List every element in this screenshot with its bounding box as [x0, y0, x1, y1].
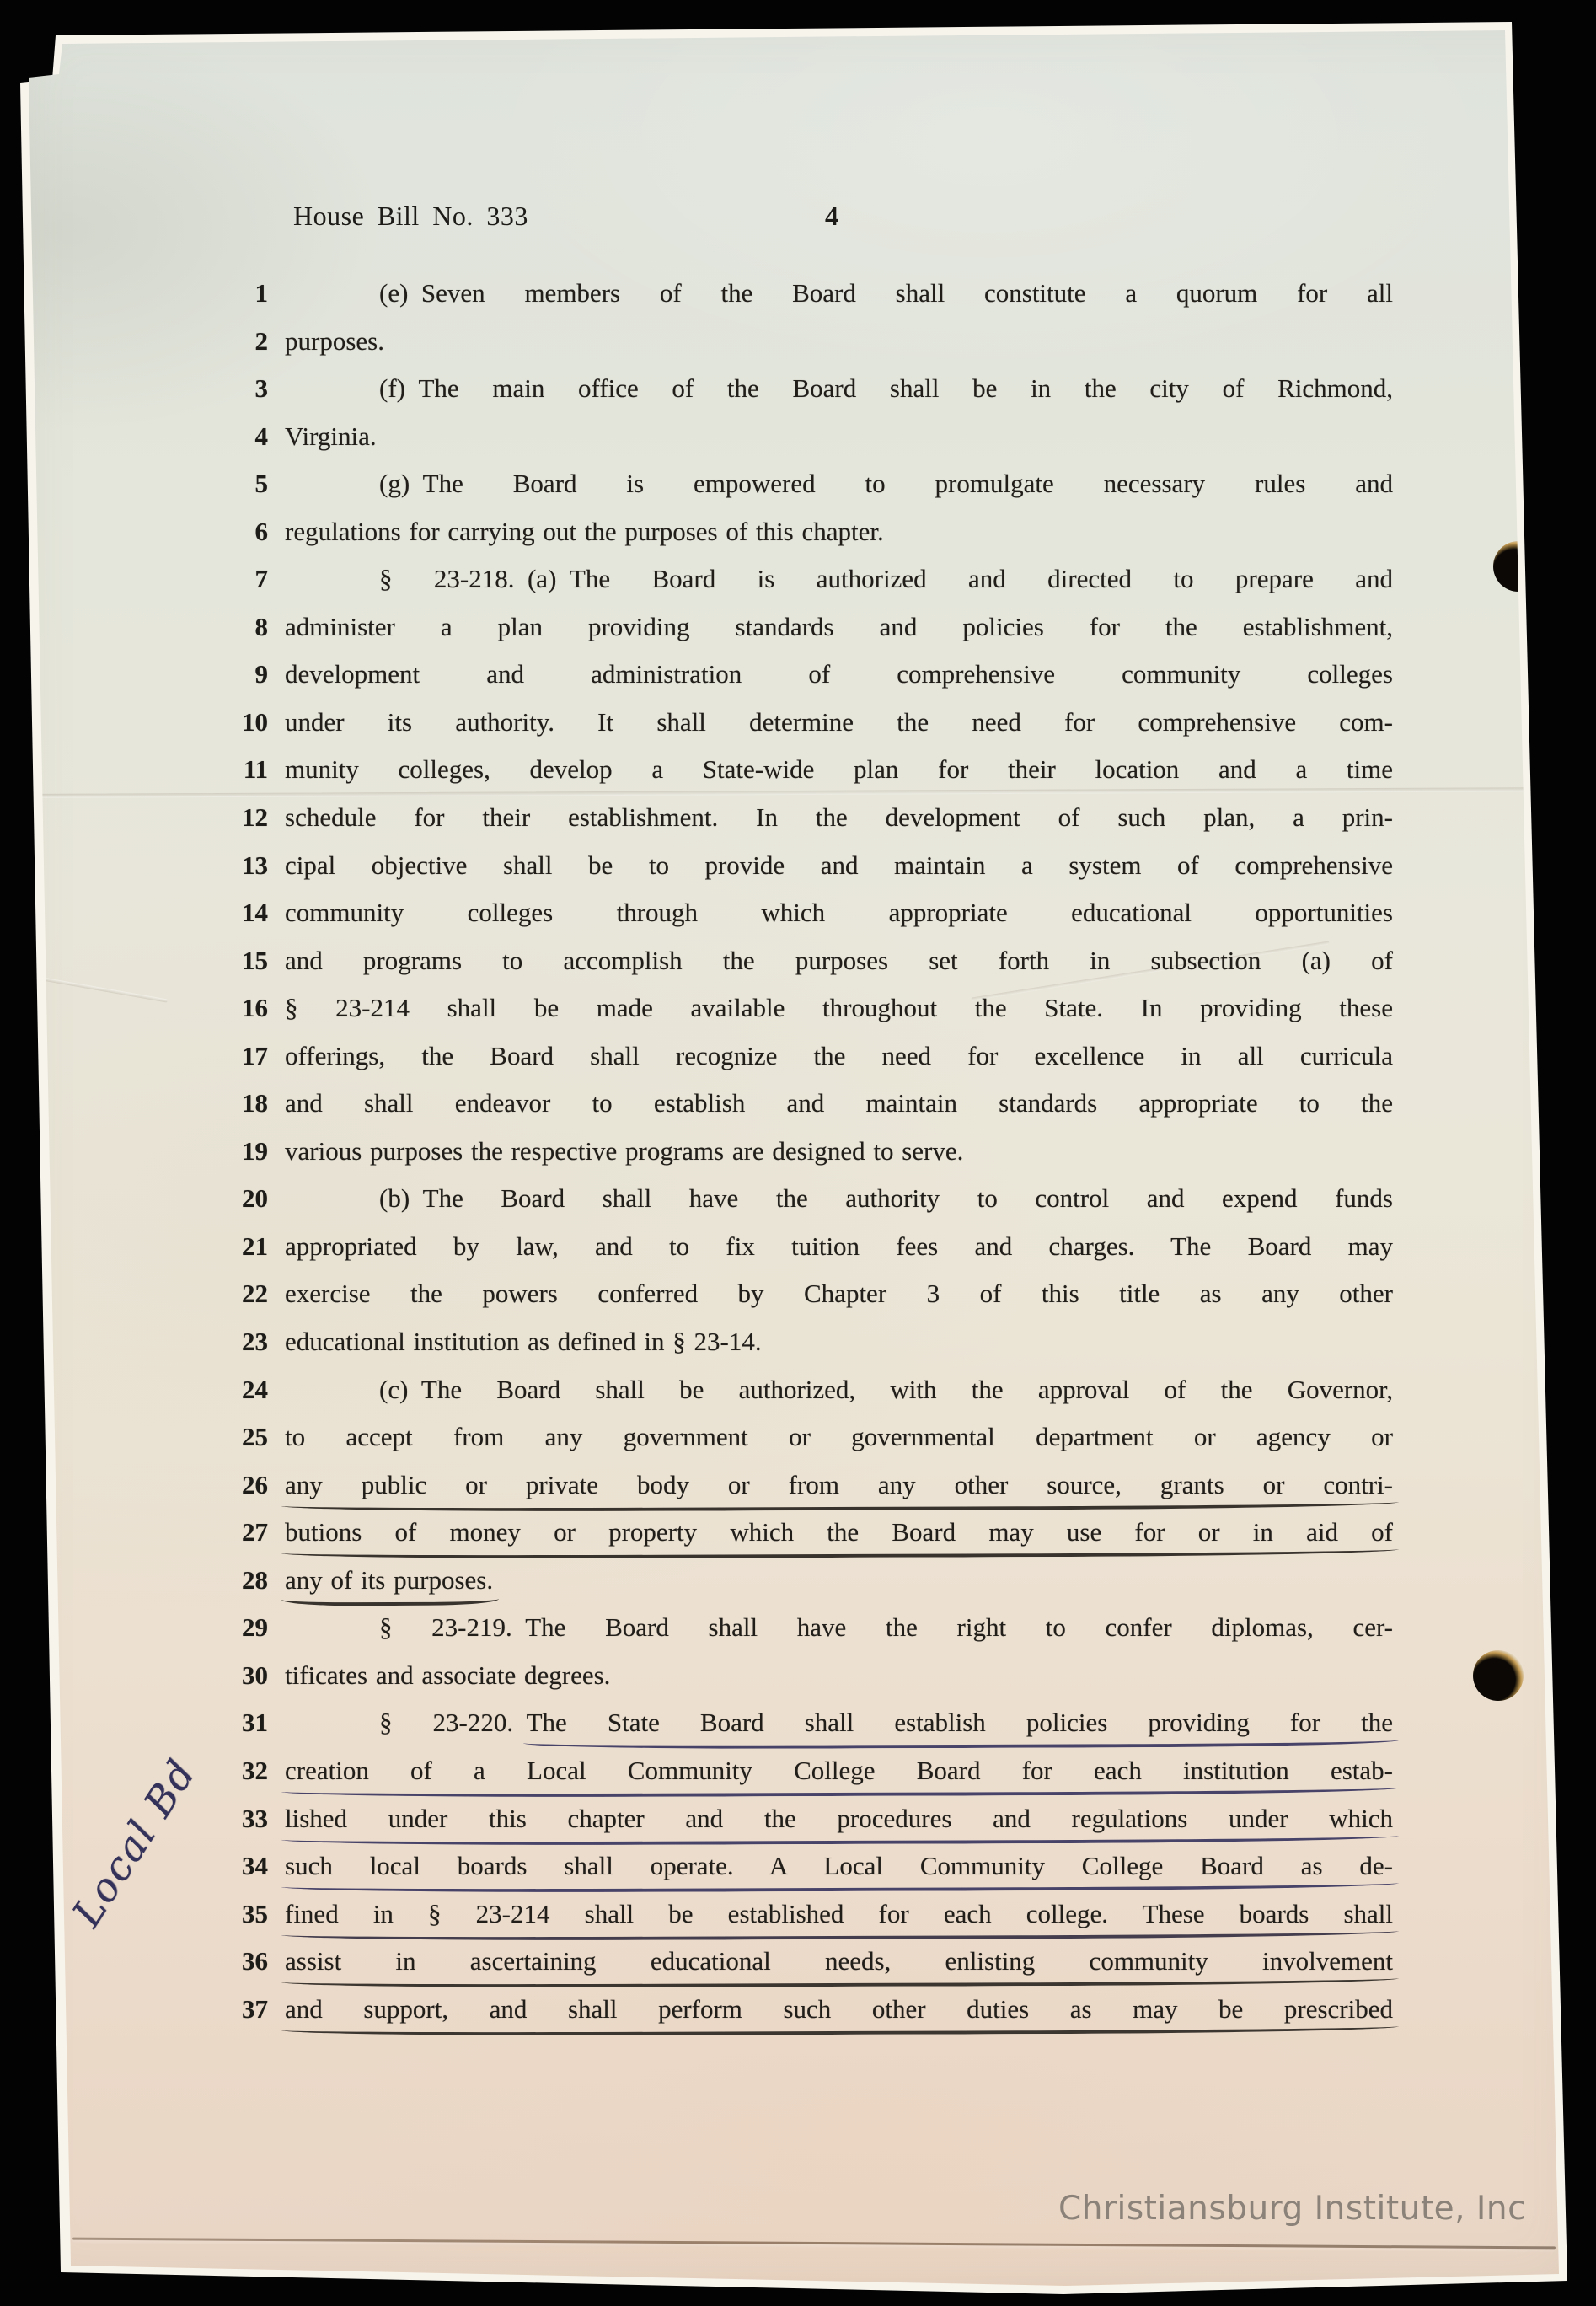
- line-text-plain: exercise the powers conferred by Chapter…: [285, 1279, 1393, 1308]
- line-text: butions of money or property which the B…: [285, 1509, 1393, 1557]
- line-text: fined in § 23-214 shall be established f…: [285, 1890, 1393, 1939]
- line-text: exercise the powers conferred by Chapter…: [285, 1270, 1393, 1318]
- line-number: 3: [0, 365, 268, 413]
- line-text: various purposes the respective programs…: [285, 1128, 1393, 1176]
- line-number: 25: [0, 1413, 268, 1461]
- line-text: any of its purposes.: [285, 1557, 1393, 1605]
- line-text-plain: (f) The main office of the Board shall b…: [379, 373, 1393, 403]
- line-text-plain: cipal objective shall be to provide and …: [285, 850, 1393, 880]
- text-line: 23 educational institution as defined in…: [0, 1318, 1596, 1366]
- line-text-plain: Virginia.: [285, 421, 377, 451]
- text-line: 33 lished under this chapter and the pro…: [0, 1795, 1596, 1843]
- line-text-underlined: and support, and shall perform such othe…: [285, 1994, 1393, 2024]
- line-text: under its authority. It shall determine …: [285, 699, 1393, 747]
- line-text: (f) The main office of the Board shall b…: [285, 365, 1393, 413]
- line-text-plain: educational institution as defined in § …: [285, 1327, 762, 1356]
- text-line: 35 fined in § 23-214 shall be establishe…: [0, 1890, 1596, 1939]
- text-lines: 1 (e) Seven members of the Board shall c…: [0, 270, 1596, 2033]
- line-text: munity colleges, develop a State-wide pl…: [285, 746, 1393, 794]
- text-line: 29 § 23-219. The Board shall have the ri…: [0, 1604, 1596, 1652]
- line-text-plain: to accept from any government or governm…: [285, 1422, 1393, 1451]
- line-text: community colleges through which appropr…: [285, 889, 1393, 937]
- bottom-page-fold: [72, 2238, 1556, 2250]
- line-text: (c) The Board shall be authorized, with …: [285, 1366, 1393, 1414]
- line-text-plain: munity colleges, develop a State-wide pl…: [285, 754, 1393, 784]
- line-text-underlined: The State Board shall establish policies…: [527, 1708, 1393, 1737]
- line-text: § 23-220. The State Board shall establis…: [285, 1699, 1393, 1747]
- line-text-plain: § 23-219. The Board shall have the right…: [379, 1612, 1393, 1642]
- text-line: 12 schedule for their establishment. In …: [0, 794, 1596, 842]
- line-text-plain: community colleges through which appropr…: [285, 898, 1393, 927]
- line-number: 27: [0, 1509, 268, 1557]
- text-line: 16 § 23-214 shall be made available thro…: [0, 984, 1596, 1032]
- text-line: 18 and shall endeavor to establish and m…: [0, 1080, 1596, 1128]
- text-line: 30 tificates and associate degrees.: [0, 1652, 1596, 1700]
- line-text-plain: various purposes the respective programs…: [285, 1136, 963, 1166]
- line-number: 8: [0, 603, 268, 652]
- line-number: 22: [0, 1270, 268, 1318]
- text-line: 15 and programs to accomplish the purpos…: [0, 937, 1596, 985]
- line-number: 4: [0, 413, 268, 461]
- text-line: 22 exercise the powers conferred by Chap…: [0, 1270, 1596, 1318]
- text-line: 28 any of its purposes.: [0, 1557, 1596, 1605]
- text-line: 34 such local boards shall operate. A Lo…: [0, 1842, 1596, 1890]
- punch-hole-icon: [1473, 1650, 1524, 1701]
- line-text: creation of a Local Community College Bo…: [285, 1747, 1393, 1795]
- line-text: offerings, the Board shall recognize the…: [285, 1032, 1393, 1081]
- text-line: 11 munity colleges, develop a State-wide…: [0, 746, 1596, 794]
- line-text-underlined: fined in § 23-214 shall be established f…: [285, 1899, 1393, 1928]
- line-number: 36: [0, 1938, 268, 1986]
- line-number: 1: [0, 270, 268, 318]
- text-line: 36 assist in ascertaining educational ne…: [0, 1938, 1596, 1986]
- line-text-plain: (c) The Board shall be authorized, with …: [379, 1375, 1393, 1404]
- text-line: 8 administer a plan providing standards …: [0, 603, 1596, 652]
- text-line: 24 (c) The Board shall be authorized, wi…: [0, 1366, 1596, 1414]
- line-text: to accept from any government or governm…: [285, 1413, 1393, 1461]
- text-line: 5 (g) The Board is empowered to promulga…: [0, 460, 1596, 508]
- text-line: 13 cipal objective shall be to provide a…: [0, 842, 1596, 890]
- line-number: 30: [0, 1652, 268, 1700]
- line-text-plain: tificates and associate degrees.: [285, 1660, 610, 1690]
- line-text: § 23-214 shall be made available through…: [285, 984, 1393, 1032]
- line-text-underlined: any public or private body or from any o…: [285, 1470, 1393, 1499]
- line-text-plain: administer a plan providing standards an…: [285, 612, 1393, 641]
- page-title: House Bill No. 333: [293, 201, 528, 232]
- line-text-plain: and programs to accomplish the purposes …: [285, 946, 1393, 975]
- archive-watermark: Christiansburg Institute, Inc: [1058, 2190, 1564, 2228]
- line-text-underlined: any of its purposes.: [285, 1565, 493, 1595]
- line-text: and programs to accomplish the purposes …: [285, 937, 1393, 985]
- line-number: 20: [0, 1175, 268, 1223]
- line-text-underlined: such local boards shall operate. A Local…: [285, 1851, 1393, 1880]
- text-line: 20 (b) The Board shall have the authorit…: [0, 1175, 1596, 1223]
- text-line: 2 purposes.: [0, 318, 1596, 366]
- line-text: (e) Seven members of the Board shall con…: [285, 270, 1393, 318]
- line-text-plain: offerings, the Board shall recognize the…: [285, 1041, 1393, 1070]
- line-text: § 23-218. (a) The Board is authorized an…: [285, 555, 1393, 603]
- text-line: 9 development and administration of comp…: [0, 651, 1596, 699]
- line-number: 29: [0, 1604, 268, 1652]
- line-text-underlined: assist in ascertaining educational needs…: [285, 1946, 1393, 1976]
- line-number: 7: [0, 555, 268, 603]
- text-line: 4 Virginia.: [0, 413, 1596, 461]
- text-line: 19 various purposes the respective progr…: [0, 1128, 1596, 1176]
- line-text: and shall endeavor to establish and main…: [285, 1080, 1393, 1128]
- line-text-plain: § 23-218. (a) The Board is authorized an…: [379, 564, 1393, 593]
- line-text-plain: (b) The Board shall have the authority t…: [379, 1183, 1393, 1213]
- line-text: schedule for their establishment. In the…: [285, 794, 1393, 842]
- text-line: 6 regulations for carrying out the purpo…: [0, 508, 1596, 556]
- line-text: regulations for carrying out the purpose…: [285, 508, 1393, 556]
- line-number: 32: [0, 1747, 268, 1795]
- line-number: 5: [0, 460, 268, 508]
- line-text-underlined: butions of money or property which the B…: [285, 1517, 1393, 1547]
- line-text: development and administration of compre…: [285, 651, 1393, 699]
- line-number: 6: [0, 508, 268, 556]
- line-text: cipal objective shall be to provide and …: [285, 842, 1393, 890]
- text-line: 7 § 23-218. (a) The Board is authorized …: [0, 555, 1596, 603]
- line-text: any public or private body or from any o…: [285, 1461, 1393, 1510]
- line-text-plain: § 23-220.: [379, 1708, 527, 1737]
- text-line: 3 (f) The main office of the Board shall…: [0, 365, 1596, 413]
- line-text-plain: (g) The Board is empowered to promulgate…: [379, 469, 1393, 498]
- line-text-underlined: creation of a Local Community College Bo…: [285, 1756, 1393, 1785]
- line-text-plain: and shall endeavor to establish and main…: [285, 1088, 1393, 1118]
- line-number: 21: [0, 1223, 268, 1271]
- line-number: 37: [0, 1986, 268, 2034]
- line-number: 23: [0, 1318, 268, 1366]
- line-text-plain: appropriated by law, and to fix tuition …: [285, 1231, 1393, 1261]
- text-line: 32 creation of a Local Community College…: [0, 1747, 1596, 1795]
- line-number: 28: [0, 1557, 268, 1605]
- text-line: 1 (e) Seven members of the Board shall c…: [0, 270, 1596, 318]
- text-line: 25 to accept from any government or gove…: [0, 1413, 1596, 1461]
- line-text: educational institution as defined in § …: [285, 1318, 1393, 1366]
- text-line: 31 § 23-220. The State Board shall estab…: [0, 1699, 1596, 1747]
- text-line: 17 offerings, the Board shall recognize …: [0, 1032, 1596, 1081]
- line-text-plain: schedule for their establishment. In the…: [285, 802, 1393, 832]
- page-number: 4: [802, 201, 861, 232]
- text-line: 27 butions of money or property which th…: [0, 1509, 1596, 1557]
- line-text-plain: § 23-214 shall be made available through…: [285, 993, 1393, 1022]
- line-number: 26: [0, 1461, 268, 1510]
- line-text-plain: development and administration of compre…: [285, 659, 1393, 689]
- line-number: 24: [0, 1366, 268, 1414]
- line-text: Virginia.: [285, 413, 1393, 461]
- line-text-underlined: lished under this chapter and the proced…: [285, 1804, 1393, 1833]
- line-text-plain: (e) Seven members of the Board shall con…: [379, 278, 1393, 308]
- line-text: assist in ascertaining educational needs…: [285, 1938, 1393, 1986]
- line-text-plain: under its authority. It shall determine …: [285, 707, 1393, 737]
- text-line: 26 any public or private body or from an…: [0, 1461, 1596, 1510]
- line-text-plain: regulations for carrying out the purpose…: [285, 517, 884, 546]
- line-text: appropriated by law, and to fix tuition …: [285, 1223, 1393, 1271]
- line-text: lished under this chapter and the proced…: [285, 1795, 1393, 1843]
- line-text: and support, and shall perform such othe…: [285, 1986, 1393, 2034]
- text-line: 21 appropriated by law, and to fix tuiti…: [0, 1223, 1596, 1271]
- line-text: (b) The Board shall have the authority t…: [285, 1175, 1393, 1223]
- line-text: tificates and associate degrees.: [285, 1652, 1393, 1700]
- line-text-plain: purposes.: [285, 326, 384, 356]
- text-line: 10 under its authority. It shall determi…: [0, 699, 1596, 747]
- line-number: 2: [0, 318, 268, 366]
- bill-page: House Bill No. 333 4 1 (e) Seven members…: [0, 0, 1596, 2306]
- scanned-document-page: House Bill No. 333 4 1 (e) Seven members…: [0, 0, 1596, 2306]
- line-text: administer a plan providing standards an…: [285, 603, 1393, 652]
- text-line: 14 community colleges through which appr…: [0, 889, 1596, 937]
- line-text: § 23-219. The Board shall have the right…: [285, 1604, 1393, 1652]
- line-text: purposes.: [285, 318, 1393, 366]
- text-line: 37 and support, and shall perform such o…: [0, 1986, 1596, 2034]
- line-text: such local boards shall operate. A Local…: [285, 1842, 1393, 1890]
- line-text: (g) The Board is empowered to promulgate…: [285, 460, 1393, 508]
